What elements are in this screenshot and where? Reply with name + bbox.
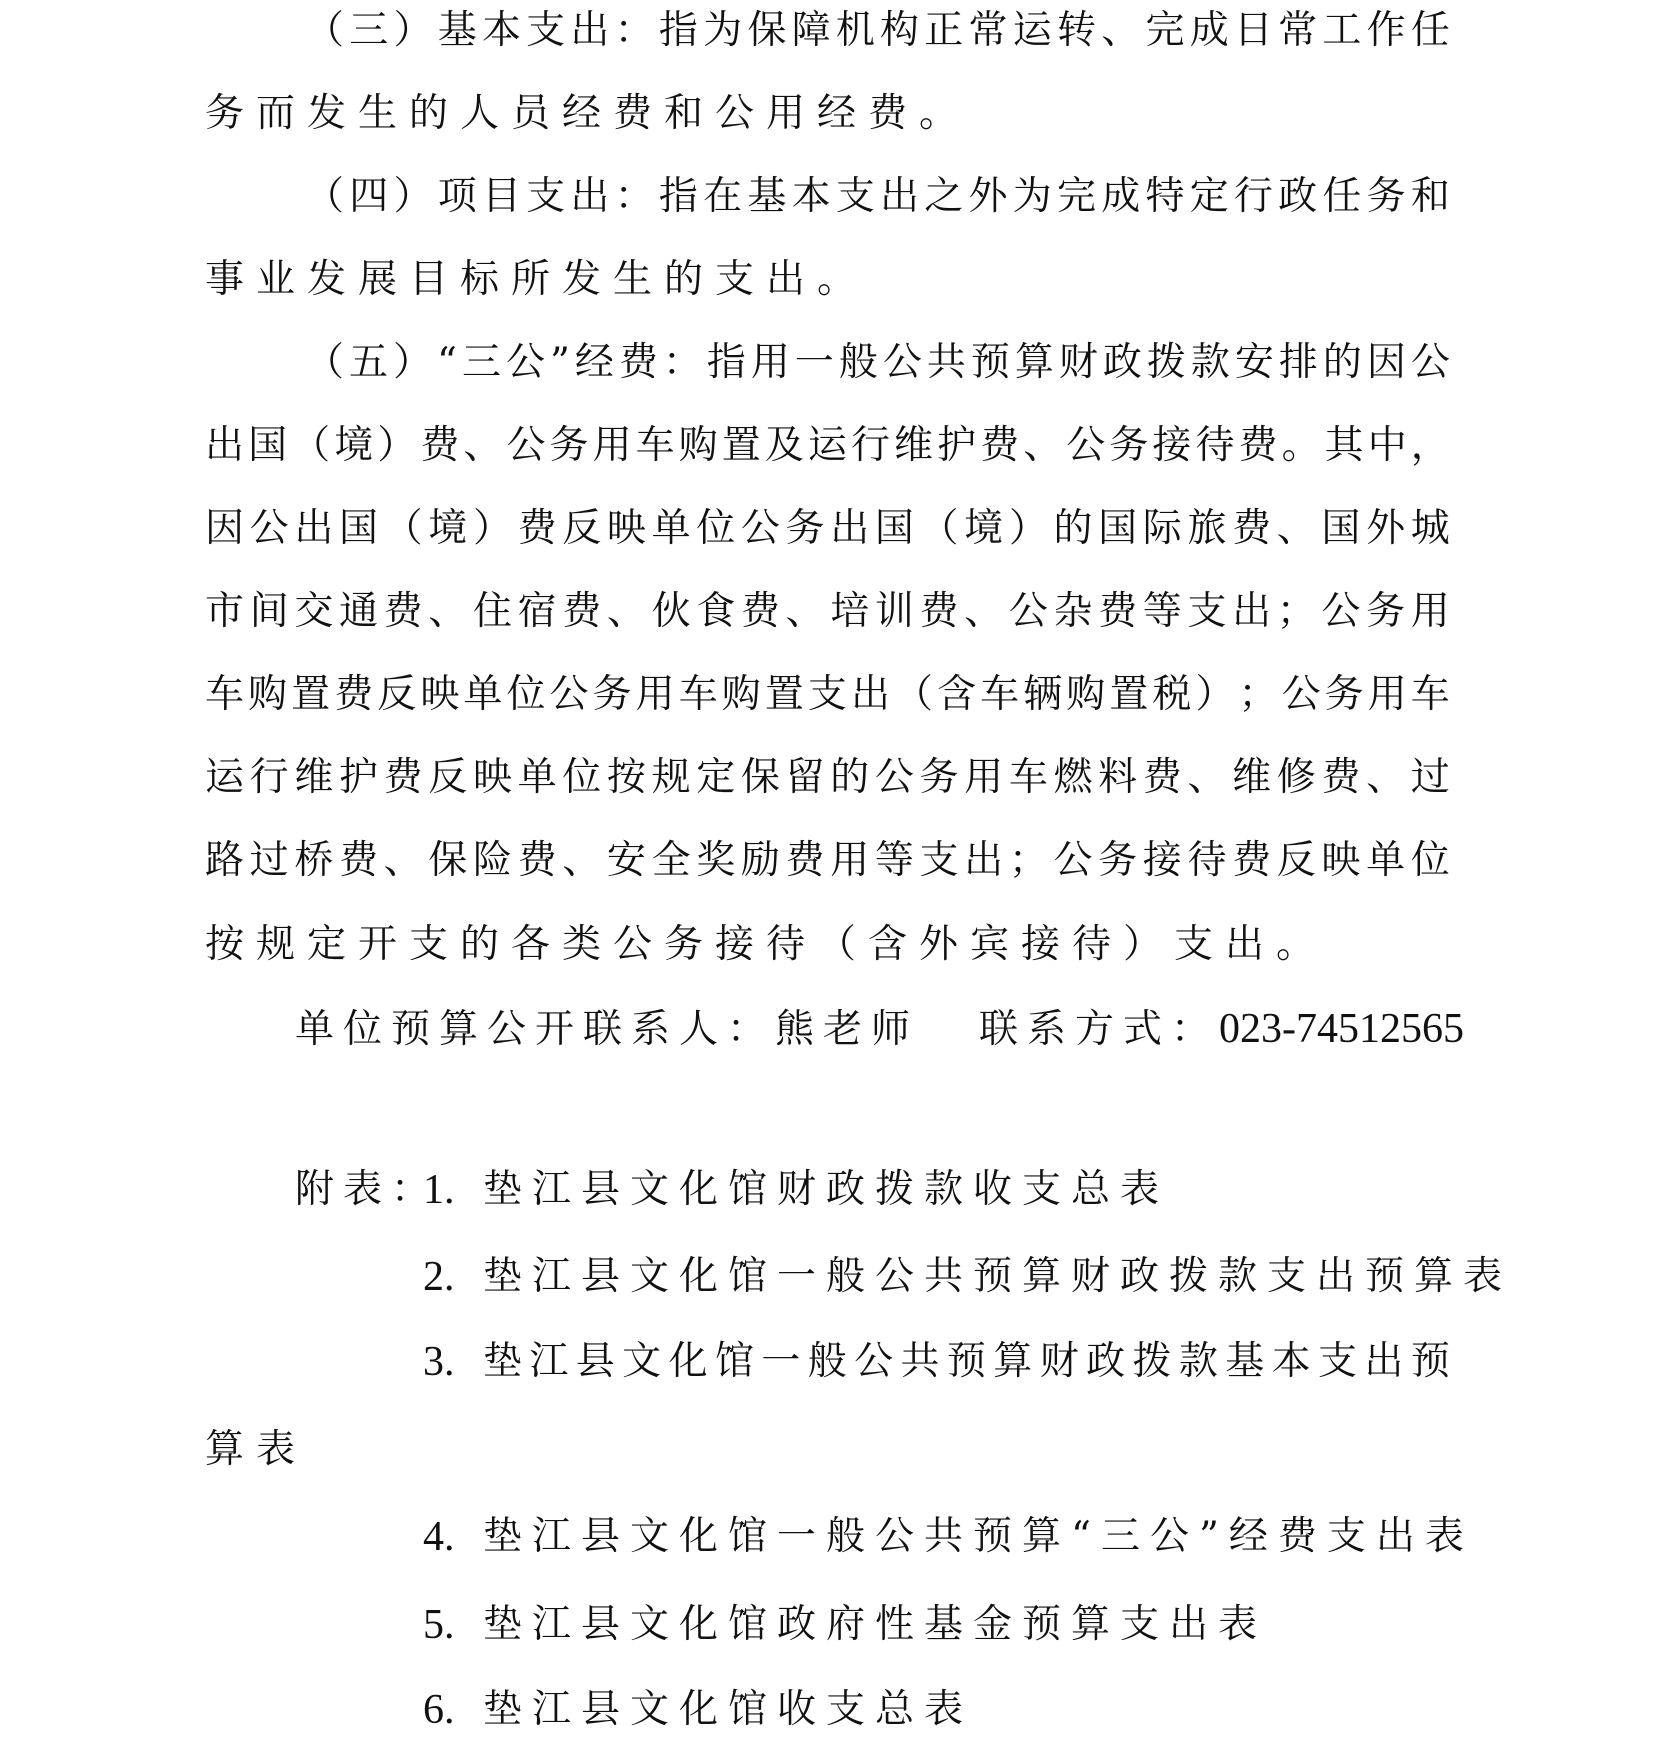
appendix-item-title: 垫江县文化馆收支总表 xyxy=(483,1685,973,1735)
paragraph-three-public-line-3: 因公出国（境）费反映单位公务出国（境）的国际旅费、国外城 xyxy=(205,504,1450,554)
appendix-item-title: 垫江县文化馆一般公共预算财政拨款支出预算表 xyxy=(483,1252,1512,1302)
appendix-item-number: 4. xyxy=(423,1512,455,1562)
appendix-item-title: 垫江县文化馆政府性基金预算支出表 xyxy=(483,1600,1267,1650)
appendix-label: 附表： xyxy=(295,1165,439,1215)
appendix-item-title-continuation: 算表 xyxy=(205,1425,307,1475)
appendix-item-number: 6. xyxy=(423,1685,455,1735)
paragraph-project-expenditure-line-1: （四）项目支出：指在基本支出之外为完成特定行政任务和 xyxy=(305,172,1450,222)
appendix-item-title: 垫江县文化馆一般公共预算“三公”经费支出表 xyxy=(483,1512,1474,1562)
contact-phone-number: 023-74512565 xyxy=(1219,1006,1464,1052)
appendix-item-number: 2. xyxy=(423,1252,455,1302)
paragraph-basic-expenditure-line-2: 务而发生的人员经费和公用经费。 xyxy=(205,89,970,139)
appendix-item-title: 垫江县文化馆财政拨款收支总表 xyxy=(483,1165,1169,1215)
paragraph-three-public-line-4: 市间交通费、住宿费、伙食费、培训费、公杂费等支出；公务用 xyxy=(205,587,1450,637)
appendix-item-title: 垫江县文化馆一般公共预算财政拨款基本支出预 xyxy=(483,1337,1450,1387)
paragraph-three-public-line-7: 路过桥费、保险费、安全奖励费用等支出；公务接待费反映单位 xyxy=(205,836,1450,886)
paragraph-project-expenditure-line-2: 事业发展目标所发生的支出。 xyxy=(205,255,868,305)
appendix-item-number: 1. xyxy=(423,1165,455,1215)
contact-person-name: 熊老师 xyxy=(775,1007,919,1052)
contact-person-label: 单位预算公开联系人： xyxy=(295,1007,775,1052)
appendix-item-number: 3. xyxy=(423,1337,455,1387)
paragraph-three-public-line-8: 按规定开支的各类公务接待（含外宾接待）支出。 xyxy=(205,920,1327,970)
contact-line: 单位预算公开联系人：熊老师联系方式：023-74512565 xyxy=(295,1004,1464,1054)
paragraph-three-public-line-5: 车购置费反映单位公务用车购置支出（含车辆购置税）；公务用车 xyxy=(205,670,1450,720)
appendix-item-number: 5. xyxy=(423,1600,455,1650)
document-page: （三）基本支出：指为保障机构正常运转、完成日常工作任 务而发生的人员经费和公用经… xyxy=(0,0,1654,1748)
paragraph-three-public-line-6: 运行维护费反映单位按规定保留的公务用车燃料费、维修费、过 xyxy=(205,753,1450,803)
contact-phone-label: 联系方式： xyxy=(979,1007,1219,1052)
paragraph-three-public-line-2: 出国（境）费、公务用车购置及运行维护费、公务接待费。其中， xyxy=(205,421,1450,471)
paragraph-three-public-line-1: （五）“三公”经费：指用一般公共预算财政拨款安排的因公 xyxy=(305,338,1450,388)
paragraph-basic-expenditure-line-1: （三）基本支出：指为保障机构正常运转、完成日常工作任 xyxy=(305,6,1450,56)
